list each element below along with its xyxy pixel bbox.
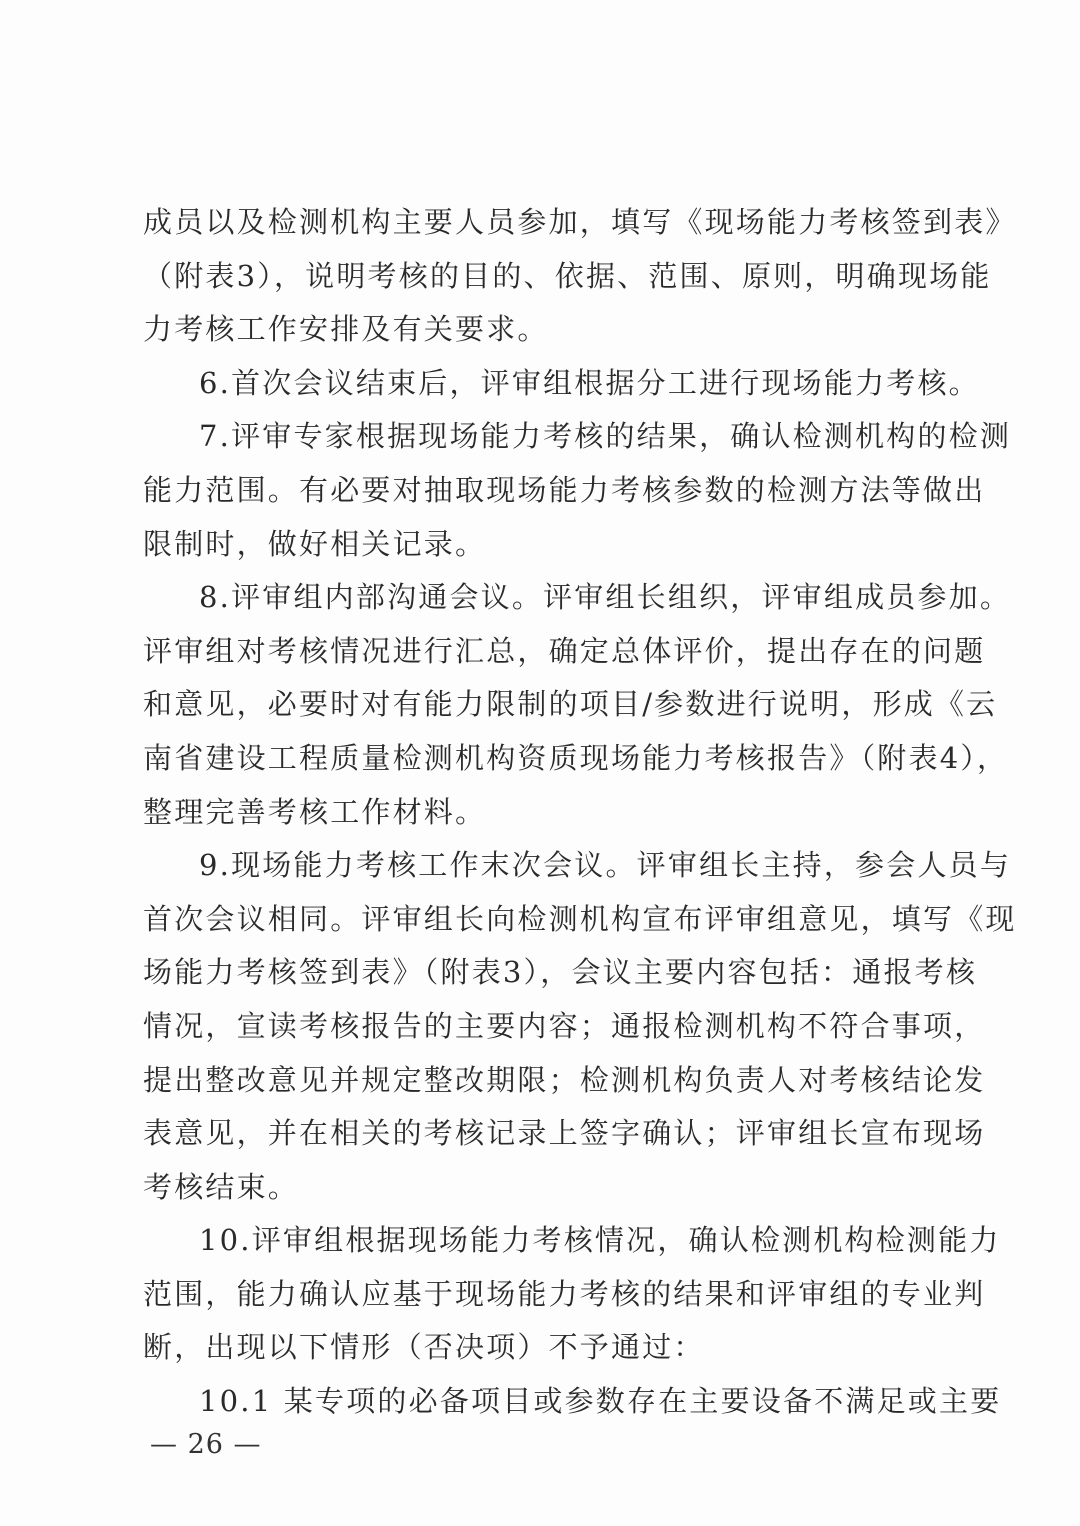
paragraph-10-1: 10.1 某专项的必备项目或参数存在主要设备不满足或主要 xyxy=(143,1375,943,1429)
paragraph-6: 6.首次会议结束后，评审组根据分工进行现场能力考核。 xyxy=(143,357,943,411)
text-line: 能力范围。有必要对抽取现场能力考核参数的检测方法等做出 xyxy=(143,464,943,518)
text-line: 和意见，必要时对有能力限制的项目/参数进行说明，形成《云 xyxy=(143,678,943,732)
text-line: 限制时，做好相关记录。 xyxy=(143,518,943,572)
text-line: 表意见，并在相关的考核记录上签字确认；评审组长宣布现场 xyxy=(143,1107,943,1161)
text-line: 成员以及检测机构主要人员参加，填写《现场能力考核签到表》 xyxy=(143,196,943,250)
text-line: 整理完善考核工作材料。 xyxy=(143,786,943,840)
text-line: 场能力考核签到表》（附表3），会议主要内容包括：通报考核 xyxy=(143,946,943,1000)
text-line: 考核结束。 xyxy=(143,1161,943,1215)
text-line: 评审组对考核情况进行汇总，确定总体评价，提出存在的问题 xyxy=(143,625,943,679)
text-line: （附表3），说明考核的目的、依据、范围、原则，明确现场能 xyxy=(143,250,943,304)
paragraph-8: 8.评审组内部沟通会议。评审组长组织，评审组成员参加。 xyxy=(143,571,943,625)
body-text: 成员以及检测机构主要人员参加，填写《现场能力考核签到表》 （附表3），说明考核的… xyxy=(143,196,943,1429)
text-line: 首次会议相同。评审组长向检测机构宣布评审组意见，填写《现 xyxy=(143,893,943,947)
text-line: 范围，能力确认应基于现场能力考核的结果和评审组的专业判 xyxy=(143,1268,943,1322)
text-line: 断，出现以下情形（否决项）不予通过： xyxy=(143,1321,943,1375)
document-page: 成员以及检测机构主要人员参加，填写《现场能力考核签到表》 （附表3），说明考核的… xyxy=(0,0,1080,1526)
page-number: — 26 — xyxy=(150,1425,262,1465)
paragraph-10: 10.评审组根据现场能力考核情况，确认检测机构检测能力 xyxy=(143,1214,943,1268)
text-line: 力考核工作安排及有关要求。 xyxy=(143,303,943,357)
text-line: 情况，宣读考核报告的主要内容；通报检测机构不符合事项， xyxy=(143,1000,943,1054)
text-line: 提出整改意见并规定整改期限；检测机构负责人对考核结论发 xyxy=(143,1054,943,1108)
paragraph-9: 9.现场能力考核工作末次会议。评审组长主持，参会人员与 xyxy=(143,839,943,893)
text-line: 南省建设工程质量检测机构资质现场能力考核报告》（附表4）， xyxy=(143,732,943,786)
paragraph-7: 7.评审专家根据现场能力考核的结果，确认检测机构的检测 xyxy=(143,410,943,464)
